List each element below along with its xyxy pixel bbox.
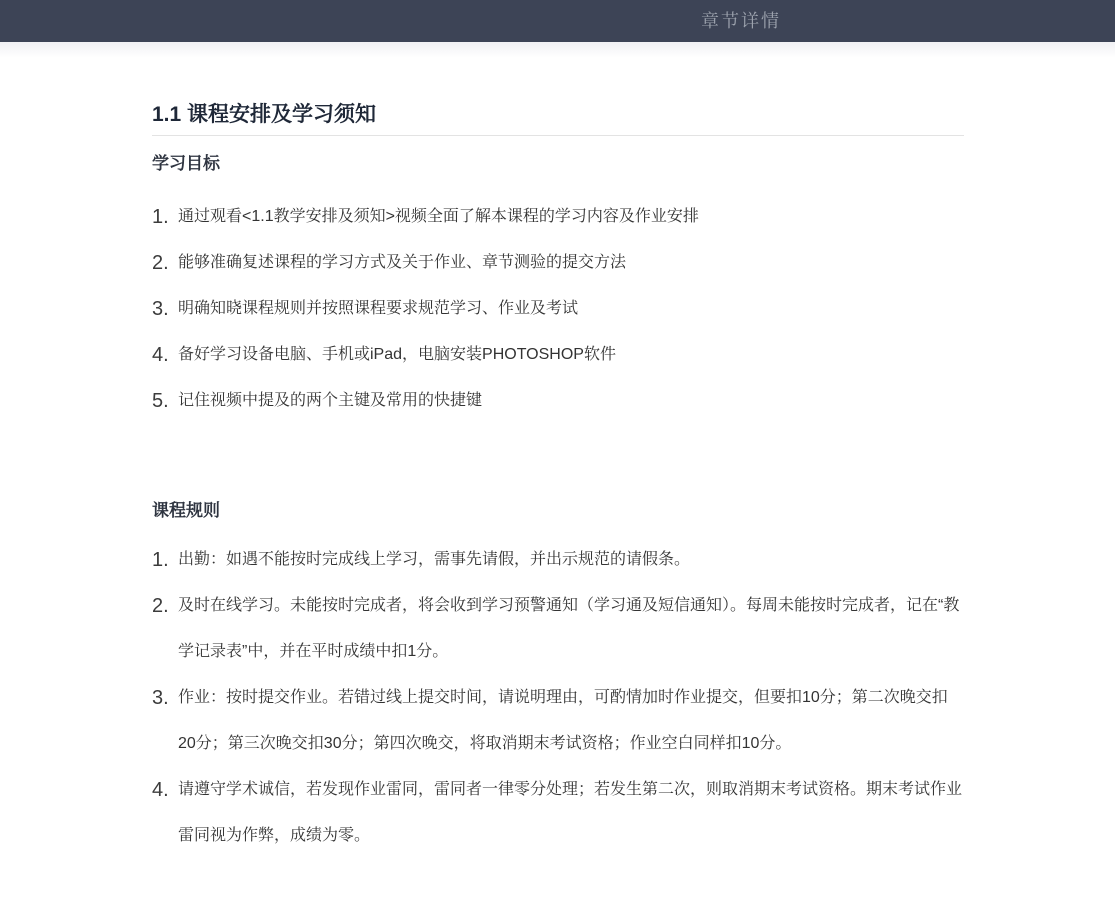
list-item-text: 作业：按时提交作业。若错过线上提交时间，请说明理由，可酌情加时作业提交，但要扣1… [178,689,948,752]
list-item-text: 通过观看<1.1教学安排及须知>视频全面了解本课程的学习内容及作业安排 [178,208,699,225]
section-heading-rules: 课程规则 [152,501,964,521]
list-item: 2. 及时在线学习。未能按时完成者，将会收到学习预警通知（学习通及短信通知）。每… [152,583,964,675]
list-item-number: 3. [152,286,169,332]
list-item-number: 1. [152,194,169,240]
list-item: 5. 记住视频中提及的两个主键及常用的快捷键 [152,378,964,424]
chapter-title: 1.1 课程安排及学习须知 [152,103,964,136]
list-item-number: 1. [152,537,169,583]
list-item: 4. 备好学习设备电脑、手机或iPad，电脑安装PHOTOSHOP软件 [152,332,964,378]
list-item-number: 3. [152,675,169,721]
list-item-number: 5. [152,378,169,424]
list-item: 1. 通过观看<1.1教学安排及须知>视频全面了解本课程的学习内容及作业安排 [152,194,964,240]
list-item-number: 2. [152,583,169,629]
header-title: 章节详情 [701,0,781,42]
objectives-list: 1. 通过观看<1.1教学安排及须知>视频全面了解本课程的学习内容及作业安排 2… [152,194,964,424]
list-item: 2. 能够准确复述课程的学习方式及关于作业、章节测验的提交方法 [152,240,964,286]
list-item-number: 4. [152,332,169,378]
section-heading-objectives: 学习目标 [152,154,964,174]
list-item-text: 出勤：如遇不能按时完成线上学习，需事先请假，并出示规范的请假条。 [178,551,690,568]
list-item-number: 2. [152,240,169,286]
header-bar: 章节详情 [0,0,1115,42]
chapter-content: 1.1 课程安排及学习须知 学习目标 1. 通过观看<1.1教学安排及须知>视频… [152,103,964,859]
rules-list: 1. 出勤：如遇不能按时完成线上学习，需事先请假，并出示规范的请假条。 2. 及… [152,537,964,859]
list-item: 3. 明确知晓课程规则并按照课程要求规范学习、作业及考试 [152,286,964,332]
list-item-text: 记住视频中提及的两个主键及常用的快捷键 [178,392,482,409]
list-item-text: 备好学习设备电脑、手机或iPad，电脑安装PHOTOSHOP软件 [178,346,616,363]
chapter-detail-page: { "colors": { "header_bg": "#3d4456", "h… [0,0,1115,903]
list-item-number: 4. [152,767,169,813]
list-item: 3. 作业：按时提交作业。若错过线上提交时间，请说明理由，可酌情加时作业提交，但… [152,675,964,767]
list-item-text: 及时在线学习。未能按时完成者，将会收到学习预警通知（学习通及短信通知）。每周未能… [178,597,959,660]
list-item: 1. 出勤：如遇不能按时完成线上学习，需事先请假，并出示规范的请假条。 [152,537,964,583]
list-item-text: 明确知晓课程规则并按照课程要求规范学习、作业及考试 [178,300,578,317]
list-item-text: 请遵守学术诚信，若发现作业雷同，雷同者一律零分处理；若发生第二次，则取消期末考试… [178,781,962,844]
header-gradient [0,42,1115,58]
list-item-text: 能够准确复述课程的学习方式及关于作业、章节测验的提交方法 [178,254,626,271]
list-item: 4. 请遵守学术诚信，若发现作业雷同，雷同者一律零分处理；若发生第二次，则取消期… [152,767,964,859]
